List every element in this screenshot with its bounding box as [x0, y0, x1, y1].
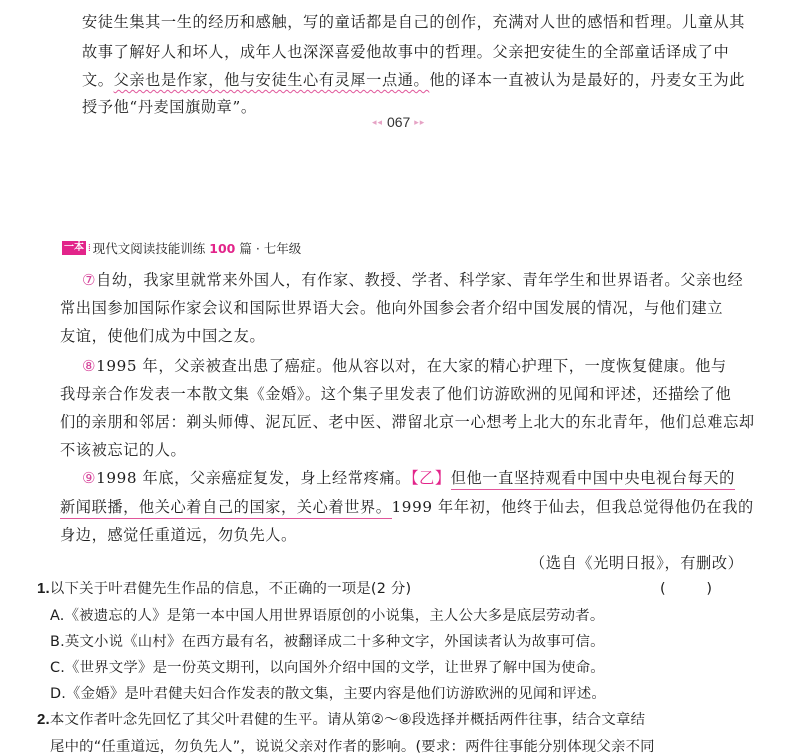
underlined-sentence: 新闻联播，他关心着自己的国家，关心着世界。: [60, 498, 392, 519]
text-fragment: 1995 年，父亲被查出患了癌症。他从容以对，在大家的精心护理下，一度恢复健康。…: [96, 357, 727, 375]
question-number: 1.: [37, 580, 50, 597]
paragraph-number: ⑧: [82, 357, 96, 375]
separator-dots-icon: ⁞: [88, 243, 90, 254]
question-number: 2.: [37, 711, 50, 728]
text-line: ⑨1998 年底，父亲癌症复发，身上经常疼痛。【乙】但他一直坚持观看中国中央电视…: [82, 468, 735, 488]
option-d[interactable]: D.《金婚》是叶君健夫妇合作发表的散文集，主要内容是他们访游欧洲的见闻和评述。: [50, 684, 606, 704]
text-line: 友谊，使他们成为中国之友。: [60, 326, 265, 346]
paragraph-number: ⑨: [82, 469, 96, 487]
page-number-right-ornament: ▸▸: [414, 117, 425, 127]
book-title-suffix: 篇 · 七年级: [239, 241, 301, 256]
running-header: 一本 ⁞ 现代文阅读技能训练 100 篇 · 七年级: [62, 240, 301, 256]
text-fragment: 1999 年年初，他终于仙去，但我总觉得他仍在我的: [392, 498, 754, 516]
text-line: 不该被忘记的人。: [60, 440, 186, 460]
question-stem: 2.本文作者叶念先回忆了其父叶君健的生平。请从第②～⑧段选择并概括两件往事，结合…: [37, 710, 645, 730]
text-line: ⑧1995 年，父亲被查出患了癌症。他从容以对，在大家的精心护理下，一度恢复健康…: [82, 356, 727, 376]
text-line: 安徒生集其一生的经历和感触，写的童话都是自己的创作，充满对人世的感悟和哲理。儿童…: [82, 12, 745, 32]
page-number: ◂◂ 067 ▸▸: [372, 114, 425, 130]
text-line: 新闻联播，他关心着自己的国家，关心着世界。1999 年年初，他终于仙去，但我总觉…: [60, 497, 754, 517]
book-title-prefix: 现代文阅读技能训练: [93, 241, 206, 256]
book-title: 现代文阅读技能训练 100 篇 · 七年级: [93, 239, 302, 257]
source-citation: （选自《光明日报》，有删改）: [530, 553, 743, 573]
question-text: 以下关于叶君健先生作品的信息，不正确的一项是(2 分): [50, 581, 411, 597]
text-line: 身边，感觉任重道远，勿负先人。: [60, 525, 297, 545]
text-fragment: 1998 年底，父亲癌症复发，身上经常疼痛。: [96, 469, 411, 487]
marker-yi: 【乙】: [411, 469, 451, 487]
text-fragment: 他的译本一直被认为是最好的，丹麦女王为此: [429, 71, 745, 89]
option-b[interactable]: B.英文小说《山村》在西方最有名，被翻译成二十多种文字，外国读者认为故事可信。: [50, 632, 605, 652]
text-line: 们的亲朋和邻居：剃头师傅、泥瓦匠、老中医、滞留北京一心想考上北大的东北青年，他们…: [60, 412, 755, 432]
text-line: 常出国参加国际作家会议和国际世界语大会。他向外国参会者介绍中国发展的情况，与他们…: [60, 298, 723, 318]
text-line: 授予他“丹麦国旗勋章”。: [82, 97, 257, 117]
book-logo-badge: 一本: [62, 241, 86, 255]
text-line: 文。父亲也是作家，他与安徒生心有灵犀一点通。他的译本一直被认为是最好的，丹麦女王…: [82, 70, 745, 90]
text-fragment: 文。: [82, 71, 114, 89]
option-a[interactable]: A.《被遗忘的人》是第一本中国人用世界语原创的小说集，主人公大多是底层劳动者。: [50, 606, 604, 626]
answer-blank[interactable]: ( ): [660, 579, 716, 599]
page-number-left-ornament: ◂◂: [372, 117, 383, 127]
question-stem: 1.以下关于叶君健先生作品的信息，不正确的一项是(2 分): [37, 579, 411, 599]
wavy-underlined-sentence: 父亲也是作家，他与安徒生心有灵犀一点通。: [114, 71, 430, 89]
book-title-number: 100: [209, 241, 235, 256]
question-text-line: 尾中的“任重道远，勿负先人”，说说父亲对作者的影响。(要求：两件往事能分别体现父…: [50, 737, 655, 756]
option-c[interactable]: C.《世界文学》是一份英文期刊，以向国外介绍中国的文学，让世界了解中国为使命。: [50, 658, 605, 678]
question-text: 本文作者叶念先回忆了其父叶君健的生平。请从第②～⑧段选择并概括两件往事，结合文章…: [50, 712, 645, 728]
page-number-value: 067: [387, 114, 410, 130]
underlined-sentence: 但他一直坚持观看中国中央电视台每天的: [451, 469, 735, 490]
text-line: ⑦自幼，我家里就常来外国人，有作家、教授、学者、科学家、青年学生和世界语者。父亲…: [82, 270, 743, 290]
text-line: 故事了解好人和坏人，成年人也深深喜爱他故事中的哲理。父亲把安徒生的全部童话译成了…: [82, 42, 729, 62]
paragraph-number: ⑦: [82, 271, 96, 289]
text-fragment: 自幼，我家里就常来外国人，有作家、教授、学者、科学家、青年学生和世界语者。父亲也…: [96, 271, 743, 289]
text-line: 我母亲合作发表一本散文集《金婚》。这个集子里发表了他们访游欧洲的见闻和评述，还描…: [60, 384, 731, 404]
